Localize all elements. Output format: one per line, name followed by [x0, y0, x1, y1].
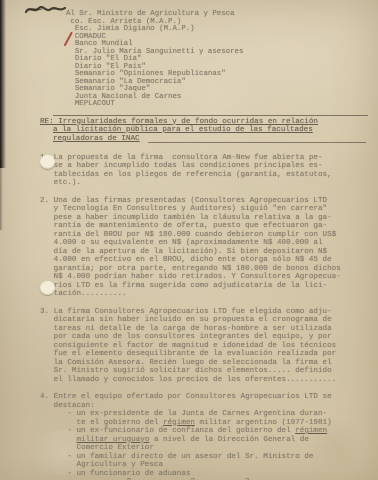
paragraph-line: rios LTD es la firma sugerida como adjud… [40, 282, 370, 291]
paragraph-line: Comercio Exterior [40, 444, 370, 453]
paragraph-3: 3. La firma Consultores Agropecuarios LT… [40, 308, 370, 385]
paragraph-4: 4. Entre el equipo ofertado por Consulto… [40, 393, 370, 480]
paragraph-line: 4.000 o su equivalente en N$ (aproximada… [40, 239, 370, 248]
subject-top-rule [53, 115, 368, 116]
paragraph-line: 4. Entre el equipo ofertado por Consulto… [40, 393, 370, 402]
paragraph-line: N$ 4.000 podrían haber sido retirados. Y… [40, 273, 370, 282]
paragraph-line: fue el elemento desequilibrante de la ev… [40, 350, 370, 359]
punch-hole-top [40, 155, 55, 169]
paragraph-line: garantía; por otra parte, entregando N$ … [40, 265, 370, 274]
subject-block: RE: Irregularidades formales y de fondo … [40, 115, 370, 144]
paragraph-line: 1. La propuesta de la firma consultora A… [40, 154, 370, 163]
typewritten-memo: Al Sr. Ministro de Agricultura y Pesca c… [0, 0, 378, 480]
paragraph-line: por cada uno de los consultores integran… [40, 333, 370, 342]
paragraph-line: - un funcionario de aduanas [40, 470, 370, 479]
paragraph-line: dicataria sin haber incluido en su propu… [40, 316, 370, 325]
paragraph-line: 4.000 en efectivo en el BROU, dicho ente… [40, 256, 370, 265]
paragraph-line: rantía del BROU por N$ 180.000 cuando de… [40, 231, 370, 240]
paragraph-line: tareas ni detalle de la carga de horas-h… [40, 325, 370, 334]
subject-line-2: a la licitación pública para el estudio … [53, 126, 370, 135]
paragraph-line: consiguiente el factor de magnitud e ido… [40, 342, 370, 351]
paragraph-line: tablecidas en los pliegos de referencia … [40, 171, 370, 180]
scanned-document-page: Al Sr. Ministro de Agricultura y Pesca c… [0, 0, 378, 480]
punch-hole-bottom [40, 281, 55, 295]
paragraph-line: 3. La firma Consultores Agropecuarios LT… [40, 308, 370, 317]
paragraph-line: rantía de mantenimiento de oferta, puest… [40, 222, 370, 231]
paragraph-line: Sr. Ministro sugirió solicitar dichos el… [40, 367, 370, 376]
red-pen-mark [63, 32, 74, 46]
subject-line-3: reguladoras de INAC [53, 135, 140, 144]
paragraph-line: - un ex-presidente de la Junta de Carnes… [40, 410, 370, 419]
paragraph-line: destacan: [40, 402, 370, 411]
paragraph-line: - un familiar directo de un asesor del S… [40, 453, 370, 462]
paragraph-line: 2. Una de las firmas presentadas (Consul… [40, 197, 370, 206]
paragraph-line: día de la apertura de la licitación). Si… [40, 248, 370, 257]
paragraph-line: y Tecnología En Consultores y Auditores)… [40, 205, 370, 214]
recipient-list: Al Sr. Ministro de Agricultura y Pesca c… [66, 11, 370, 109]
paragraph-line: - un ex-funcionario de confianza del gob… [40, 427, 370, 436]
paragraph-2: 2. Una de las firmas presentadas (Consul… [40, 197, 370, 299]
paragraph-line: la Comisión Asesora. Recién luego de sel… [40, 359, 370, 368]
paragraph-line: pese a haber incumplido también la cláus… [40, 214, 370, 223]
subject-line-1: RE: Irregularidades formales y de fondo … [40, 118, 370, 127]
paragraph-line: militar uruguayo a nivel de la Dirección… [40, 436, 370, 445]
paragraph-line: te el gobierno del régimen militar argen… [40, 419, 370, 428]
subject-line-3-row: reguladoras de INAC [40, 135, 370, 144]
paragraph-line: se a haber incumplido todas las condicio… [40, 162, 370, 171]
paragraph-line: el llamado y conocidos los precios de lo… [40, 376, 370, 385]
paragraph-1: 1. La propuesta de la firma consultora A… [40, 154, 370, 188]
paragraph-line: etc.). [40, 179, 370, 188]
paragraph-line: tación.......... [40, 290, 370, 299]
subject-underline-rule [148, 135, 366, 143]
recipient-line: MEPLACOUT [66, 101, 370, 109]
paragraph-line: Agricultura y Pesca [40, 461, 370, 470]
recipient-line: Esc. Jimia Digiano (M.A.P.) [66, 26, 370, 34]
